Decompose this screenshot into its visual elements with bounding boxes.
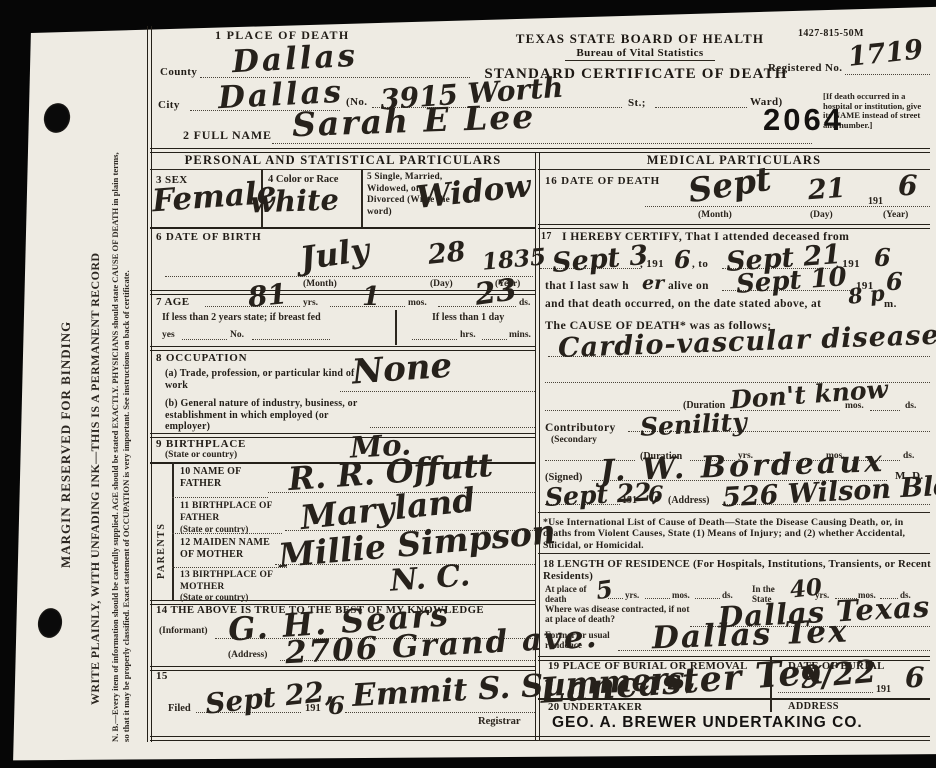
margin-plainly-text: WRITE PLAINLY, WITH UNFADING INK—THIS IS… [88,150,103,705]
dotted-line [608,598,623,599]
age-label: 7 AGE [156,296,189,308]
certificate-stamp-number: 2064 [763,102,844,138]
occupation-label: 8 OCCUPATION [156,352,247,364]
death-time-value: 8 p [847,282,886,307]
m-label: m. [884,298,897,310]
at-place-label: At place of death [545,585,593,604]
birthplace-label: 9 BIRTHPLACE [156,438,246,450]
cell-divider [770,698,772,712]
from-year-value: 6 [674,248,691,272]
ds-label: ds. [722,590,733,600]
ds-label: ds. [905,401,916,411]
hrs-label: hrs. [460,330,476,340]
mother-birthplace-label: 13 BIRTHPLACE OF MOTHER [180,570,275,593]
dotted-line [845,74,930,75]
board-title: TEXAS STATE BOARD OF HEALTH [495,31,785,47]
date-of-death-label: 16 DATE OF DEATH [545,175,660,187]
dotted-line [412,339,457,340]
dotted-line [695,598,720,599]
father-name-label: 10 NAME OF FATHER [180,466,265,489]
day-caption: (Day) [810,210,833,220]
margin-binding-text: MARGIN RESERVED FOR BINDING [58,188,74,568]
rule [150,227,536,229]
last-seen-value: Sept 10 [735,264,847,298]
rule [150,346,536,351]
death-day-value: 21 [807,175,846,205]
bureau-underline [565,60,715,61]
filed-label: Filed [168,703,191,714]
full-name-label: 2 FULL NAME [183,128,272,143]
dob-day-value: 28 [427,238,467,269]
former-residence-label: Former or usual residence [545,632,615,651]
parents-group-label: PARENTS [156,487,167,579]
to-label: , to [692,258,708,270]
ds-label: ds. [903,451,914,461]
dotted-line [172,533,282,534]
parents-divider [172,462,174,600]
undertaker-address-label: ADDRESS [788,701,839,712]
dotted-line [645,206,930,207]
margin-note-text: N. B.—Every item of information should b… [110,152,132,742]
age-note-right: If less than 1 day [432,312,504,323]
full-name-value: Sarah E Lee [291,100,535,141]
rule [538,512,930,513]
county-value: Dallas [231,41,359,79]
filed-section-number: 15 [156,670,168,682]
burial-year-printed: 191 [876,684,891,695]
certify-line2: that I last saw h [545,280,629,292]
alive-on-label: alive on [668,280,709,292]
mos-label: mos. [672,590,690,600]
rule [538,224,930,229]
contributory-label: Contributory [545,422,616,434]
burial-year-value: 6 [905,664,924,692]
dob-year-value: 1835 [481,245,547,273]
cell-divider [361,170,363,227]
burial-date-value: 9/22 [799,657,877,695]
county-label: County [160,66,197,78]
certify-line3: and that death occurred, on the date sta… [545,298,821,310]
dotted-line [272,143,812,144]
registrar-label: Registrar [478,716,521,727]
dob-label: 6 DATE OF BIRTH [156,231,261,243]
rule [538,553,930,554]
age-days-value: 23 [473,275,519,311]
death-year-value: 6 [898,172,917,200]
dotted-line [482,339,507,340]
bureau-subtitle: Bureau of Vital Statistics [495,47,785,59]
sign-address-label: (Address) [668,495,709,506]
cell-divider [395,310,397,345]
personal-section-title: PERSONAL AND STATISTICAL PARTICULARS [150,153,536,168]
month-caption: (Month) [303,279,337,289]
attended-from-value: Sept 3 [551,242,649,277]
rule [150,666,536,671]
year-caption: (Year) [883,210,908,220]
age-mos-label: mos. [408,298,427,308]
form-left-border [147,26,152,742]
undertaker-stamp: GEO. A. BREWER UNDERTAKING CO. [552,714,863,732]
occupation-a-value: None [351,349,453,390]
filed-year-printed: 191 [305,703,321,714]
signature-date-value: Sept 22, [544,479,660,510]
form-number: 1427-815-50M [798,28,864,39]
age-yrs-label: yrs. [303,298,318,308]
last-year-value: 6 [886,270,903,294]
contributory-value: Senility [639,409,747,440]
dob-month-value: July [298,233,371,274]
dotted-line [870,410,900,411]
breast-fed-yes-label: yes [162,330,175,340]
cause-footnote: *Use International List of Cause of Deat… [543,517,928,551]
dotted-line [172,567,287,568]
city-label: City [158,99,180,111]
informant-address-label: (Address) [228,650,267,660]
at-place-years-value: 5 [594,577,614,603]
informant-label: (Informant) [159,626,208,636]
dotted-line [252,339,330,340]
sign-year-value: 6 [648,484,663,506]
dotted-line [740,410,840,411]
day-caption: (Day) [430,279,453,289]
occupation-b-label: (b) General nature of industry, business… [165,398,375,433]
former-residence-value: Dallas Tex [652,617,850,655]
rule [150,169,536,170]
mos-label: mos. [845,401,864,411]
st-label: St.; [628,97,646,109]
death-year-printed: 191 [868,196,883,207]
breast-fed-no-label: No. [230,330,244,340]
dotted-line [655,107,747,108]
filed-year-value: 6 [328,694,345,718]
occupation-a-label: (a) Trade, profession, or particular kin… [165,368,355,391]
mother-birthplace-value: N. C. [389,561,471,597]
father-birthplace-label: 11 BIRTHPLACE OF FATHER [180,501,275,524]
age-note-left: If less than 2 years state; if breast fe… [162,312,321,323]
age-months-value: 1 [362,284,380,310]
sign-year-printed: 191 [622,495,637,506]
dotted-line [172,497,268,498]
age-ds-label: ds. [519,298,530,308]
certify-section-number: 17 [541,231,552,242]
secondary-label: (Secondary [551,435,597,445]
registered-no-label: Registered No. [768,62,842,74]
rule [538,740,930,741]
mins-label: mins. [509,330,531,340]
her-value: er [642,274,664,293]
registered-no-value: 1719 [847,36,925,71]
mother-name-label: 12 MAIDEN NAME OF MOTHER [180,537,280,560]
dotted-line [645,598,670,599]
death-certificate-scan: MARGIN RESERVED FOR BINDING WRITE PLAINL… [0,0,936,768]
age-years-value: 81 [247,280,289,312]
yrs-label: yrs. [625,590,639,600]
month-caption: (Month) [698,210,732,220]
undertaker-label: 20 UNDERTAKER [548,701,642,713]
race-value: white [250,185,340,217]
printed-191: , 191 [640,258,664,270]
birthplace-sub-label: (State or country) [165,450,237,460]
dotted-line [182,339,227,340]
